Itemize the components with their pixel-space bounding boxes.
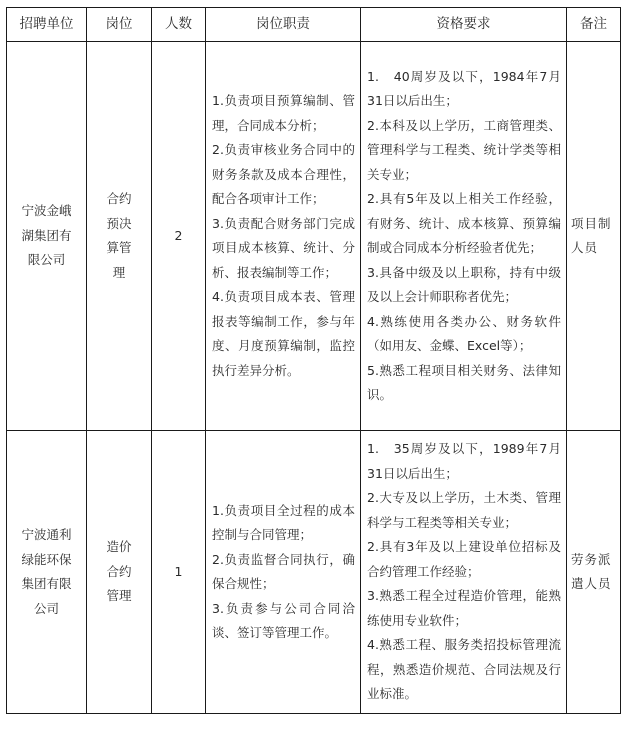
duty-item: 4.负责项目成本表、管理报表等编制工作，参与年度、月度预算编制，监控执行差异分析… [212, 285, 355, 383]
header-row: 招聘单位 岗位 人数 岗位职责 资格要求 备注 [7, 8, 621, 42]
table-row: 宁波金峨湖集团有限公司 合约预决算管理 2 1.负责项目预算编制、管理，合同成本… [7, 42, 621, 431]
requirement-item: 2.具有3年及以上建设单位招标及合约管理工作经验； [367, 535, 561, 584]
header-requirements: 资格要求 [361, 8, 567, 42]
position-cell: 造价合约管理 [87, 431, 152, 714]
count-cell: 1 [152, 431, 206, 714]
header-count: 人数 [152, 8, 206, 42]
requirement-item: 3.熟悉工程全过程造价管理，能熟练使用专业软件； [367, 584, 561, 633]
header-duties: 岗位职责 [206, 8, 361, 42]
requirement-item: 2.具有5年及以上相关工作经验，有财务、统计、成本核算、预算编制或合同成本分析经… [367, 187, 561, 261]
header-note: 备注 [567, 8, 621, 42]
duty-item: 2.负责审核业务合同中的财务条款及成本合理性，配合各项审计工作； [212, 138, 355, 212]
table-row: 宁波通利绿能环保集团有限公司 造价合约管理 1 1.负责项目全过程的成本控制与合… [7, 431, 621, 714]
header-position: 岗位 [87, 8, 152, 42]
requirement-item: 4.熟悉工程、服务类招投标管理流程，熟悉造价规范、合同法规及行业标准。 [367, 633, 561, 707]
requirement-item: 3.具备中级及以上职称，持有中级及以上会计师职称者优先； [367, 261, 561, 310]
requirements-cell: 1. 35周岁及以下，1989年7月31日以后出生； 2.大专及以上学历，土木类… [361, 431, 567, 714]
duty-item: 2.负责监督合同执行，确保合规性； [212, 548, 355, 597]
unit-cell: 宁波通利绿能环保集团有限公司 [7, 431, 87, 714]
header-unit: 招聘单位 [7, 8, 87, 42]
duties-cell: 1.负责项目预算编制、管理，合同成本分析； 2.负责审核业务合同中的财务条款及成… [206, 42, 361, 431]
duties-cell: 1.负责项目全过程的成本控制与合同管理； 2.负责监督合同执行，确保合规性； 3… [206, 431, 361, 714]
count-cell: 2 [152, 42, 206, 431]
duty-item: 1.负责项目预算编制、管理，合同成本分析； [212, 89, 355, 138]
requirement-item: 2.本科及以上学历，工商管理类、管理科学与工程类、统计学类等相关专业； [367, 114, 561, 188]
position-cell: 合约预决算管理 [87, 42, 152, 431]
duty-item: 1.负责项目全过程的成本控制与合同管理； [212, 499, 355, 548]
requirement-item: 5.熟悉工程项目相关财务、法律知识。 [367, 359, 561, 408]
note-cell: 项目制人员 [567, 42, 621, 431]
requirement-item: 1. 40周岁及以下，1984年7月31日以后出生； [367, 65, 561, 114]
requirement-item: 1. 35周岁及以下，1989年7月31日以后出生； [367, 437, 561, 486]
note-cell: 劳务派遣人员 [567, 431, 621, 714]
duty-item: 3.负责参与公司合同洽谈、签订等管理工作。 [212, 597, 355, 646]
unit-cell: 宁波金峨湖集团有限公司 [7, 42, 87, 431]
recruitment-table: 招聘单位 岗位 人数 岗位职责 资格要求 备注 宁波金峨湖集团有限公司 合约预决… [6, 7, 621, 714]
requirements-cell: 1. 40周岁及以下，1984年7月31日以后出生； 2.本科及以上学历，工商管… [361, 42, 567, 431]
requirement-item: 2.大专及以上学历，土木类、管理科学与工程类等相关专业； [367, 486, 561, 535]
duty-item: 3.负责配合财务部门完成项目成本核算、统计、分析、报表编制等工作； [212, 212, 355, 286]
requirement-item: 4.熟练使用各类办公、财务软件（如用友、金蝶、Excel等）； [367, 310, 561, 359]
